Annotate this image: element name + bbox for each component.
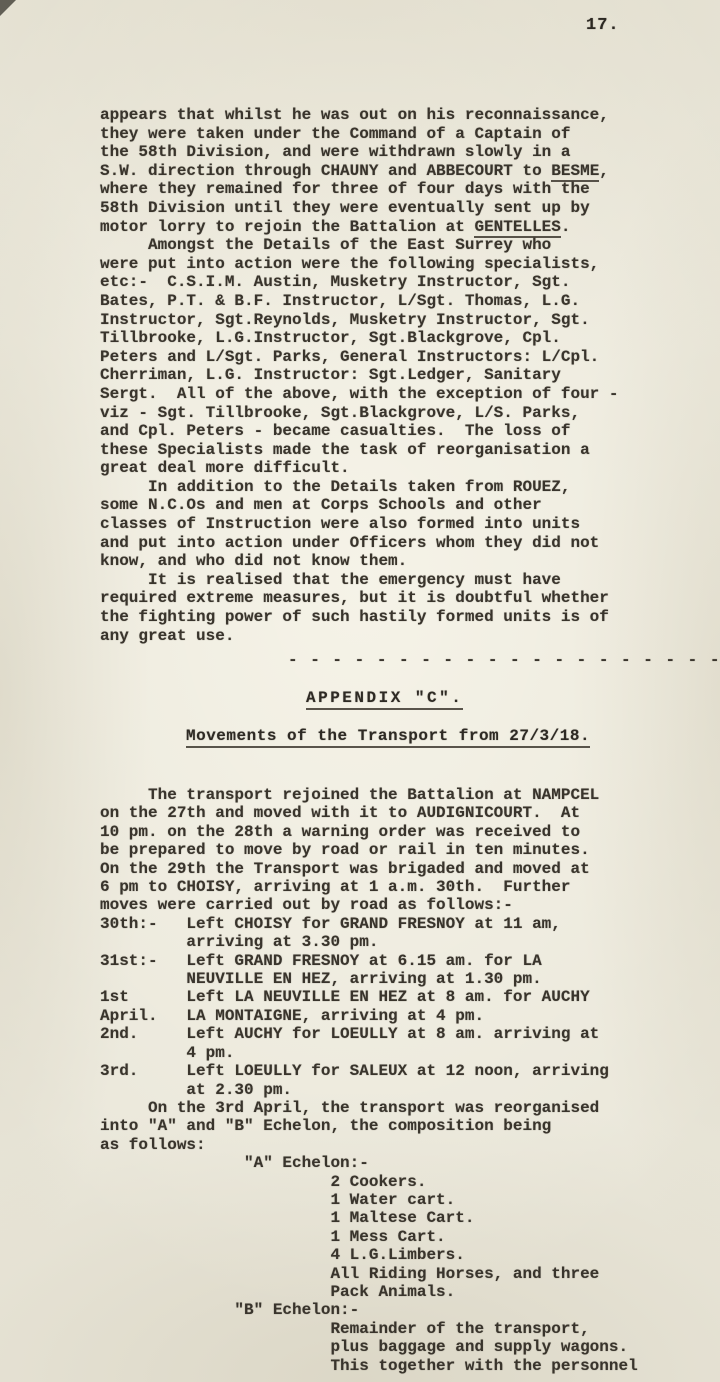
text-line: "B" Echelon:- <box>100 1301 638 1319</box>
page-number: 17. <box>586 16 620 35</box>
text-line: 2nd. Left AUCHY for LOEULLY at 8 am. arr… <box>100 1025 638 1043</box>
text-line: 3rd. Left LOEULLY for SALEUX at 12 noon,… <box>100 1062 638 1080</box>
text-line: Remainder of the transport, <box>100 1320 638 1338</box>
dashed-divider: - - - - - - - - - - - - - - - - - - - - <box>288 651 720 669</box>
text-line: In addition to the Details taken from RO… <box>100 478 618 497</box>
text-line: Amongst the Details of the East Surrey w… <box>100 236 618 255</box>
text-line: appears that whilst he was out on his re… <box>100 106 618 125</box>
text-line: 1 Mess Cart. <box>100 1228 638 1246</box>
text-line: Pack Animals. <box>100 1283 638 1301</box>
text-line: etc:- C.S.I.M. Austin, Musketry Instruct… <box>100 273 618 292</box>
text-line: Cherriman, L.G. Instructor: Sgt.Ledger, … <box>100 366 618 385</box>
text-line: as follows: <box>100 1136 638 1154</box>
text-line: the 58th Division, and were withdrawn sl… <box>100 143 618 162</box>
text-line: 1st Left LA NEUVILLE EN HEZ at 8 am. for… <box>100 988 638 1006</box>
text-line: into "A" and "B" Echelon, the compositio… <box>100 1117 638 1135</box>
text-line: All Riding Horses, and three <box>100 1265 638 1283</box>
text-line: 4 pm. <box>100 1044 638 1062</box>
body-section-details: appears that whilst he was out on his re… <box>100 106 618 645</box>
text-line: 30th:- Left CHOISY for GRAND FRESNOY at … <box>100 915 638 933</box>
text-line: where they remained for three of four da… <box>100 180 618 199</box>
text-line: motor lorry to rejoin the Battalion at G… <box>100 218 618 237</box>
text-line: classes of Instruction were also formed … <box>100 515 618 534</box>
text-line: moves were carried out by road as follow… <box>100 896 638 914</box>
text-line: "A" Echelon:- <box>100 1154 638 1172</box>
body-section-transport: The transport rejoined the Battalion at … <box>100 786 638 1375</box>
text-line: any great use. <box>100 627 618 646</box>
text-line: the fighting power of such hastily forme… <box>100 608 618 627</box>
text-line: and put into action under Officers whom … <box>100 534 618 553</box>
text-line: great deal more difficult. <box>100 459 618 478</box>
text-line: Peters and L/Sgt. Parks, General Instruc… <box>100 348 618 367</box>
text-line: Sergt. All of the above, with the except… <box>100 385 618 404</box>
text-line: know, and who did not know them. <box>100 552 618 571</box>
text-line: 1 Water cart. <box>100 1191 638 1209</box>
text-line: NEUVILLE EN HEZ, arriving at 1.30 pm. <box>100 970 638 988</box>
appendix-title: APPENDIX "C". <box>306 689 463 710</box>
text-line: 2 Cookers. <box>100 1173 638 1191</box>
text-line: The transport rejoined the Battalion at … <box>100 786 638 804</box>
text-line: at 2.30 pm. <box>100 1081 638 1099</box>
text-line: 10 pm. on the 28th a warning order was r… <box>100 823 638 841</box>
text-line: Tillbrooke, L.G.Instructor, Sgt.Blackgro… <box>100 329 618 348</box>
underlined-place-name: BESME <box>551 162 599 182</box>
text-line: on the 27th and moved with it to AUDIGNI… <box>100 804 638 822</box>
text-line: This together with the personnel <box>100 1357 638 1375</box>
text-line: Instructor, Sgt.Reynolds, Musketry Instr… <box>100 311 618 330</box>
text-line: It is realised that the emergency must h… <box>100 571 618 590</box>
text-line: S.W. direction through CHAUNY and ABBECO… <box>100 162 618 181</box>
text-line: April. LA MONTAIGNE, arriving at 4 pm. <box>100 1007 638 1025</box>
text-line: 58th Division until they were eventually… <box>100 199 618 218</box>
text-line: arriving at 3.30 pm. <box>100 933 638 951</box>
text-line: be prepared to move by road or rail in t… <box>100 841 638 859</box>
text-line: they were taken under the Command of a C… <box>100 125 618 144</box>
text-line: some N.C.Os and men at Corps Schools and… <box>100 496 618 515</box>
underlined-place-name: GENTELLES <box>474 218 560 238</box>
text-line: 1 Maltese Cart. <box>100 1209 638 1227</box>
text-line: 6 pm to CHOISY, arriving at 1 a.m. 30th.… <box>100 878 638 896</box>
text-line: required extreme measures, but it is dou… <box>100 589 618 608</box>
document-page: 17. appears that whilst he was out on hi… <box>0 0 720 1382</box>
text-line: On the 29th the Transport was brigaded a… <box>100 860 638 878</box>
page-corner-mark <box>0 0 16 16</box>
text-line: 31st:- Left GRAND FRESNOY at 6.15 am. fo… <box>100 952 638 970</box>
text-line: On the 3rd April, the transport was reor… <box>100 1099 638 1117</box>
text-line: Bates, P.T. & B.F. Instructor, L/Sgt. Th… <box>100 292 618 311</box>
text-line: plus baggage and supply wagons. <box>100 1338 638 1356</box>
text-line: viz - Sgt. Tillbrooke, Sgt.Blackgrove, L… <box>100 404 618 423</box>
text-line: 4 L.G.Limbers. <box>100 1246 638 1264</box>
text-line: were put into action were the following … <box>100 255 618 274</box>
text-line: these Specialists made the task of reorg… <box>100 441 618 460</box>
appendix-subtitle: Movements of the Transport from 27/3/18. <box>186 727 590 748</box>
text-line: and Cpl. Peters - became casualties. The… <box>100 422 618 441</box>
